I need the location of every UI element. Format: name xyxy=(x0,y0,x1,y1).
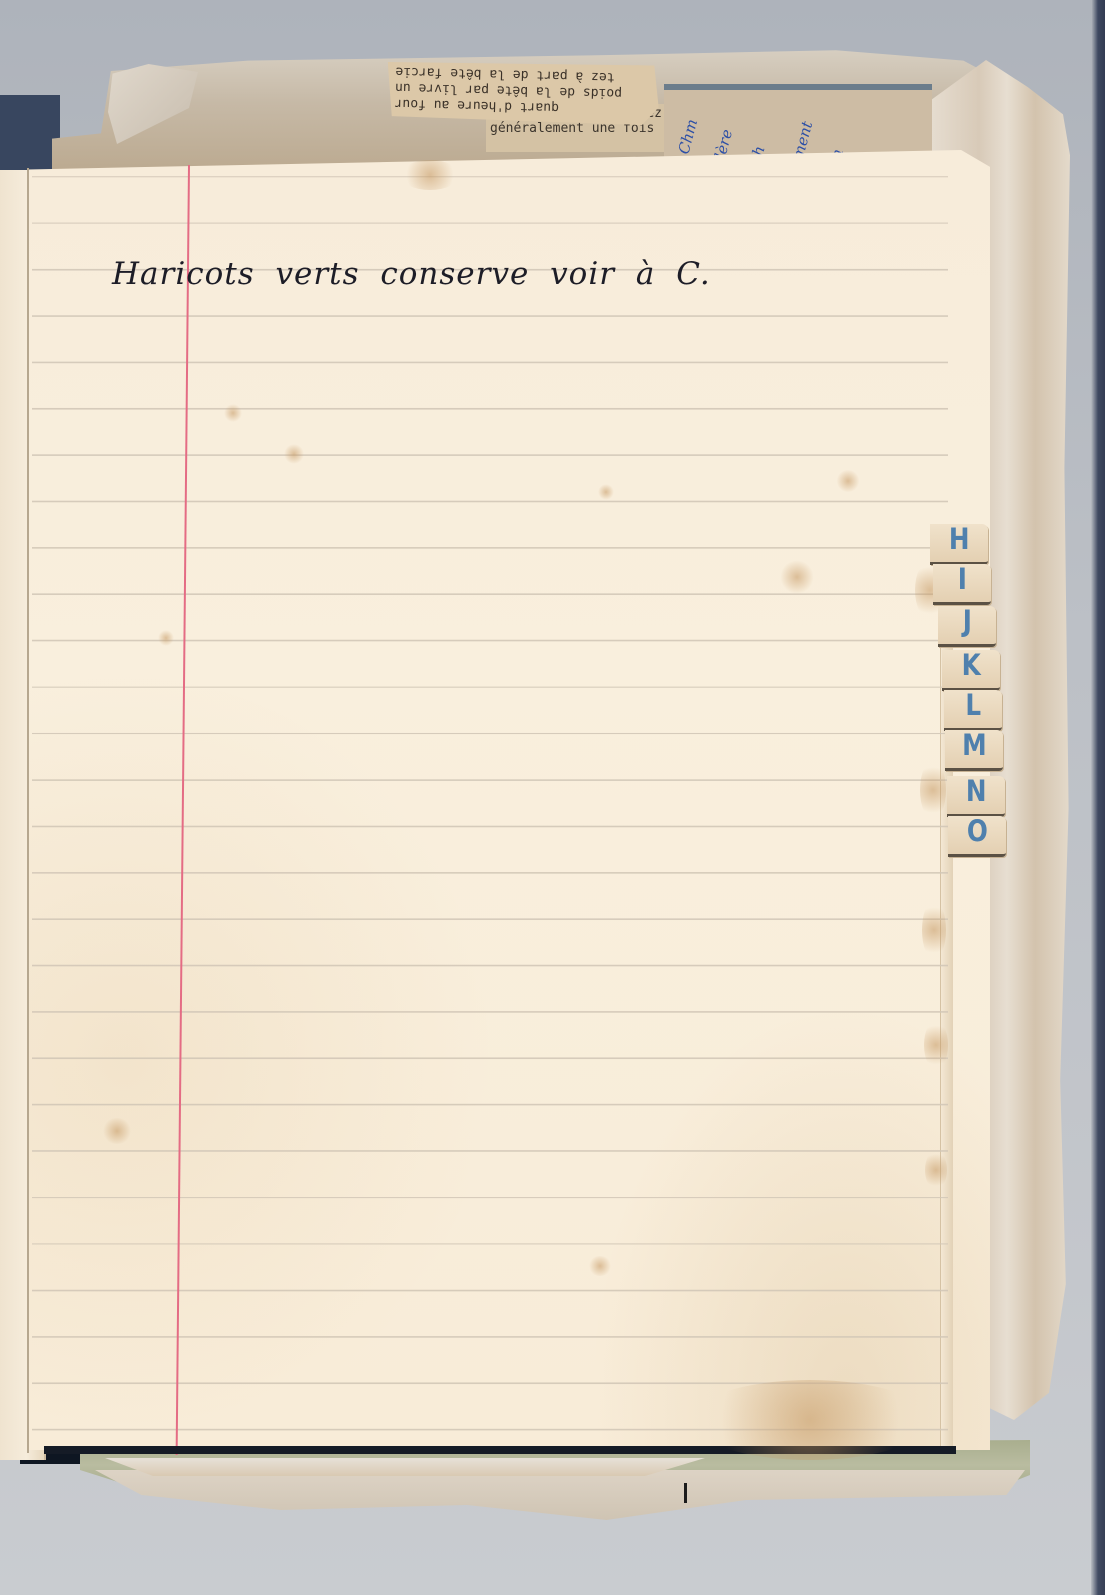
tab-letter: I xyxy=(957,564,966,594)
ruled-lines xyxy=(32,150,948,1450)
binding-line xyxy=(27,168,29,1453)
stain xyxy=(920,760,946,820)
stain xyxy=(158,630,174,646)
stain xyxy=(598,484,614,500)
tab-letter: N xyxy=(966,776,987,806)
tab-letter: J xyxy=(962,606,971,636)
stain xyxy=(836,470,860,492)
index-tab-k[interactable]: K xyxy=(942,650,1000,691)
tab-letter: K xyxy=(961,650,980,680)
stain xyxy=(224,404,242,422)
tab-letter: L xyxy=(965,690,981,720)
tab-letter: O xyxy=(967,816,988,846)
handwritten-note-slip: Chm blère ch ement lm ol of et xyxy=(664,84,932,160)
stain xyxy=(284,444,304,464)
pencil-mark xyxy=(684,1483,687,1503)
index-tab-l[interactable]: L xyxy=(944,690,1002,731)
index-tab-m[interactable]: M xyxy=(945,730,1003,771)
stain xyxy=(925,1150,947,1190)
newspaper-clipping: quart d'heure au four poids de la bête p… xyxy=(386,58,659,125)
index-tab-j[interactable]: J xyxy=(938,606,996,647)
tab-letter: H xyxy=(949,524,970,554)
stain xyxy=(588,1256,612,1276)
tab-letter: M xyxy=(962,730,987,760)
bottom-paper-slip xyxy=(105,1458,705,1476)
index-tab-h[interactable]: H xyxy=(930,524,988,565)
stain xyxy=(102,1118,132,1144)
stain xyxy=(922,900,946,960)
stain xyxy=(780,560,814,594)
stain xyxy=(400,160,460,190)
index-tab-n[interactable]: N xyxy=(947,776,1005,817)
handwritten-entry: Haricots verts conserve voir à C. xyxy=(112,256,711,292)
stain xyxy=(690,1380,930,1460)
index-tab-o[interactable]: O xyxy=(948,816,1006,857)
stain xyxy=(924,1020,948,1070)
bottom-paper-stack xyxy=(95,1470,1025,1520)
scan-edge xyxy=(1091,0,1105,1595)
index-tab-i[interactable]: I xyxy=(933,564,991,605)
